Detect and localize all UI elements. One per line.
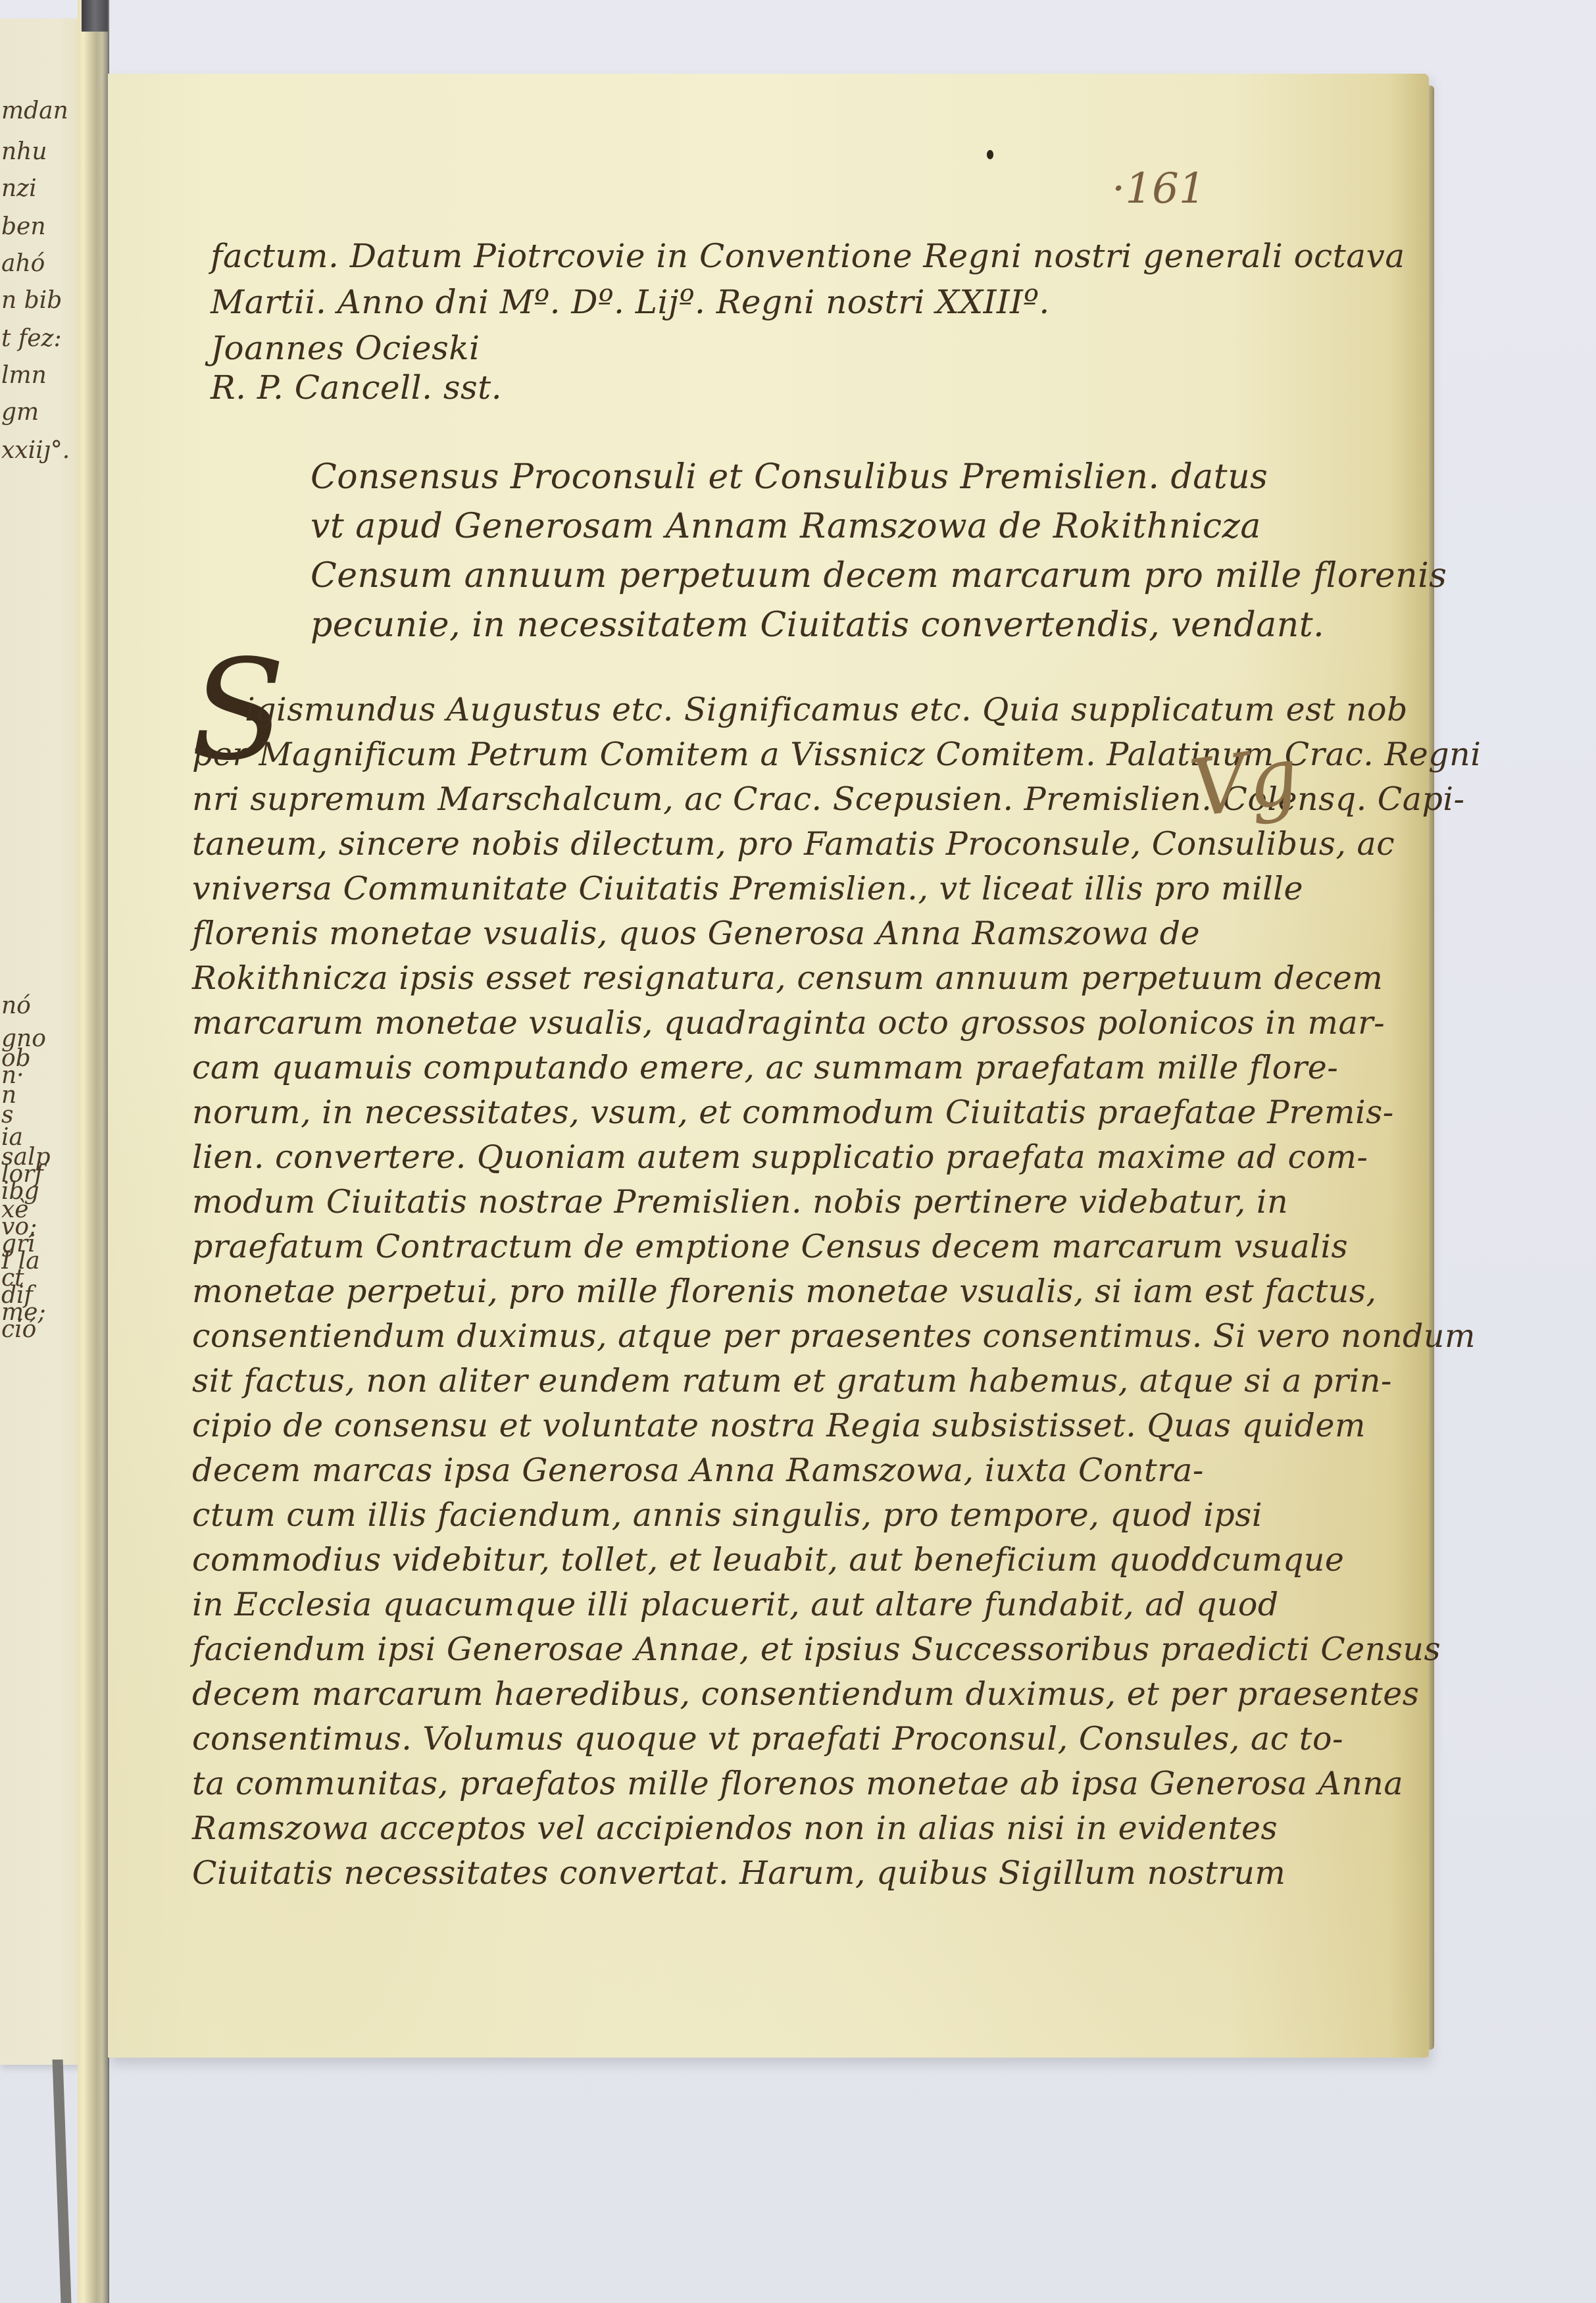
body-line: Ciuitatis necessitates convertat. Harum,… (192, 1854, 1285, 1892)
body-line: Ramszowa acceptos vel accipiendos non in… (192, 1809, 1278, 1847)
ink-dot (987, 150, 993, 159)
left-margin-fragment: ben (1, 213, 80, 240)
body-line: Rokithnicza ipsis esset resignatura, cen… (192, 959, 1383, 997)
entry-heading-line: pecunie, in necessitatem Ciuitatis conve… (311, 605, 1324, 645)
body-line: sit factus, non aliter eundem ratum et g… (192, 1362, 1392, 1400)
body-line: faciendum ipsi Generosae Annae, et ipsiu… (192, 1631, 1441, 1668)
body-line: consentimus. Volumus quoque vt praefati … (192, 1720, 1343, 1758)
signature-line: R. P. Cancell. sst. (211, 368, 502, 407)
left-margin-fragment: nzi (1, 175, 80, 202)
left-margin-fragment: lmn (1, 362, 80, 389)
body-line: norum, in necessitates, vsum, et commodu… (192, 1094, 1394, 1131)
body-line: decem marcas ipsa Generosa Anna Ramszowa… (192, 1452, 1204, 1489)
left-margin-fragment: n bib (1, 287, 80, 314)
body-line: monetae perpetui, pro mille florenis mon… (192, 1273, 1377, 1310)
folio-number: ·161 (1112, 164, 1206, 213)
left-margin-fragment: nhu (1, 138, 80, 165)
body-line: ctum cum illis faciendum, annis singulis… (192, 1496, 1262, 1534)
binding-strap (82, 0, 108, 32)
body-line: lien. convertere. Quoniam autem supplica… (192, 1138, 1368, 1176)
body-line: praefatum Contractum de emptione Census … (192, 1228, 1348, 1265)
left-margin-fragment: xxiiȷ°. (1, 437, 80, 464)
marginal-note: Vg (1185, 730, 1304, 835)
body-line: in Ecclesia quacumque illi placuerit, au… (192, 1586, 1279, 1623)
entry-heading-line: Consensus Proconsuli et Consulibus Premi… (311, 457, 1268, 497)
left-margin-fragment: ció (1, 1316, 80, 1343)
left-margin-fragment: ahó (1, 250, 80, 277)
left-margin-fragment: t fez: (1, 325, 80, 352)
left-margin-fragment: nó (1, 992, 80, 1019)
body-line: florenis monetae vsualis, quos Generosa … (192, 915, 1200, 952)
body-line: modum Ciuitatis nostrae Premislien. nobi… (192, 1183, 1288, 1221)
body-line: ta communitas, praefatos mille florenos … (192, 1765, 1403, 1802)
closing-line: factum. Datum Piotrcovie in Conventione … (211, 237, 1405, 275)
left-page: mdan nhu nzi ben ahó n bib t fez: lmn gm… (0, 18, 84, 2065)
body-line: commodius videbitur, tollet, et leuabit,… (192, 1541, 1344, 1579)
entry-heading-line: Censum annuum perpetuum decem marcarum p… (311, 556, 1447, 595)
body-line: igismundus Augustus etc. Significamus et… (245, 691, 1408, 728)
body-line: decem marcarum haeredibus, consentiendum… (192, 1675, 1419, 1713)
left-margin-fragment: mdan (1, 97, 80, 124)
body-line: consentiendum duximus, atque per praesen… (192, 1317, 1476, 1355)
book-gutter (78, 0, 109, 2303)
body-line: marcarum monetae vsualis, quadraginta oc… (192, 1004, 1385, 1042)
body-line: cam quamuis computando emere, ac summam … (192, 1049, 1338, 1086)
closing-line: Martii. Anno dni Mº. Dº. Lijº. Regni nos… (211, 283, 1050, 321)
entry-heading-line: vt apud Generosam Annam Ramszowa de Roki… (311, 507, 1261, 546)
left-margin-fragment: gm (1, 399, 80, 426)
body-line: vniversa Communitate Ciuitatis Premislie… (192, 870, 1303, 907)
body-line: cipio de consensu et voluntate nostra Re… (192, 1407, 1366, 1444)
signature-line: Joannes Ocieski (211, 329, 480, 367)
